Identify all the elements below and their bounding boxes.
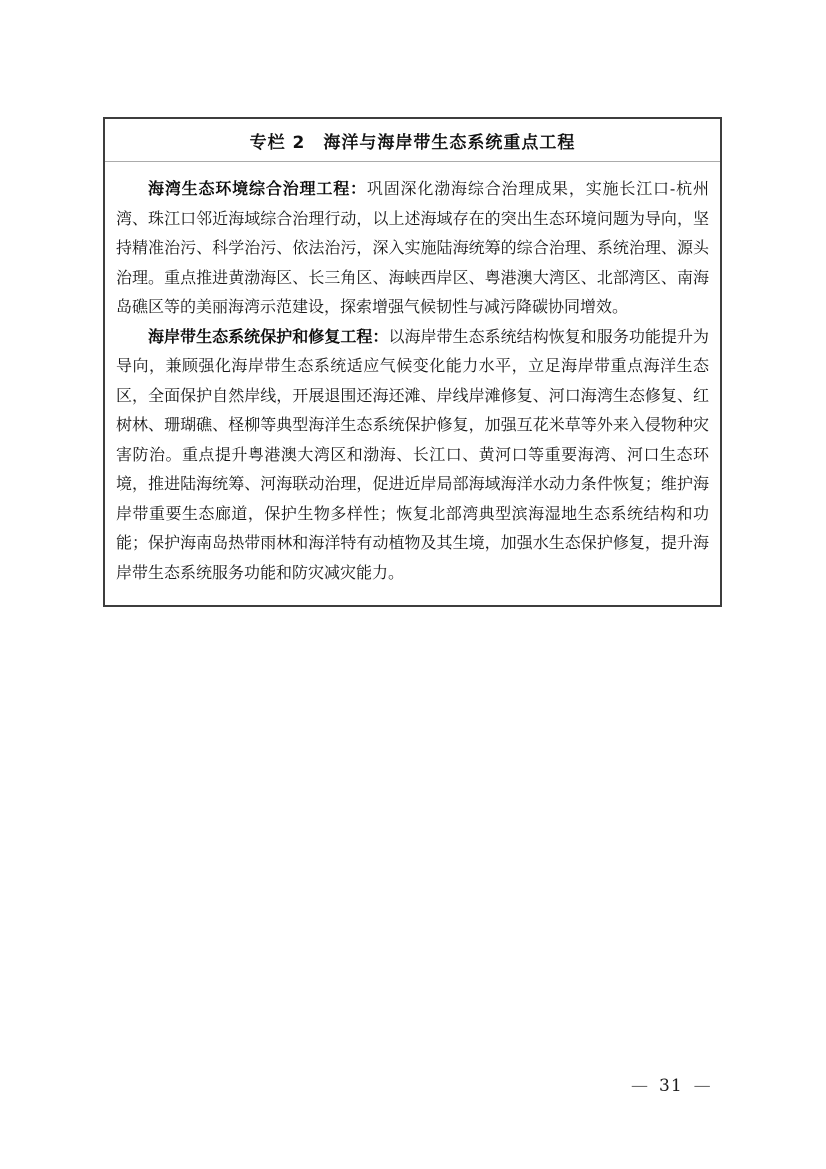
paragraph-bay-governance: 海湾生态环境综合治理工程：巩固深化渤海综合治理成果，实施长江口-杭州湾、珠江口邻… — [116, 174, 709, 322]
footer-dash-left: — — [631, 1076, 648, 1096]
callout-box: 专栏 2 海洋与海岸带生态系统重点工程 海湾生态环境综合治理工程：巩固深化渤海综… — [103, 117, 722, 607]
paragraph-lead-label: 海岸带生态系统保护和修复工程： — [148, 327, 388, 346]
paragraph-text: 以海岸带生态系统结构恢复和服务功能提升为导向，兼顾强化海岸带生态系统适应气候变化… — [116, 327, 709, 582]
callout-header: 专栏 2 海洋与海岸带生态系统重点工程 — [105, 119, 720, 162]
footer-dash-right: — — [694, 1076, 711, 1096]
paragraph-lead-label: 海湾生态环境综合治理工程： — [148, 179, 367, 198]
paragraph-text: 巩固深化渤海综合治理成果，实施长江口-杭州湾、珠江口邻近海域综合治理行动，以上述… — [116, 179, 709, 316]
callout-body: 海湾生态环境综合治理工程：巩固深化渤海综合治理成果，实施长江口-杭州湾、珠江口邻… — [105, 162, 720, 605]
page-number-footer: — 31 — — [631, 1076, 711, 1096]
page-number: 31 — [659, 1076, 683, 1096]
callout-title: 专栏 2 海洋与海岸带生态系统重点工程 — [250, 133, 576, 153]
paragraph-coastal-restoration: 海岸带生态系统保护和修复工程：以海岸带生态系统结构恢复和服务功能提升为导向，兼顾… — [116, 322, 709, 588]
document-page: 专栏 2 海洋与海岸带生态系统重点工程 海湾生态环境综合治理工程：巩固深化渤海综… — [0, 0, 826, 1169]
